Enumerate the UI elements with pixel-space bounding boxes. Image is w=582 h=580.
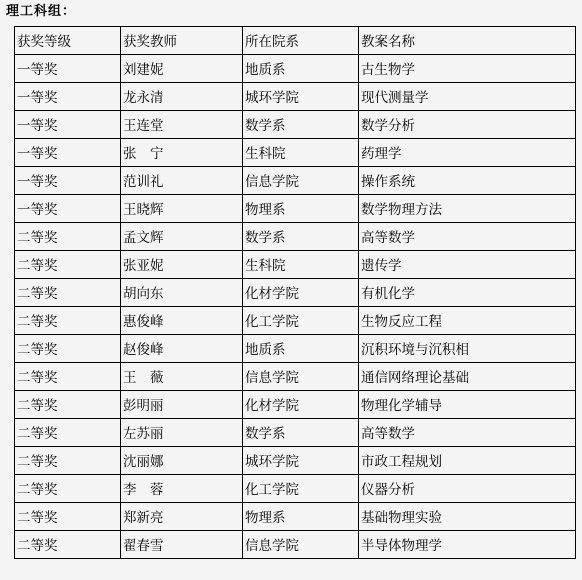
table-row: 二等奖孟文辉数学系高等数学 — [15, 223, 576, 251]
cell-level: 一等奖 — [15, 167, 121, 195]
cell-department: 生科院 — [243, 251, 359, 279]
cell-department: 信息学院 — [243, 167, 359, 195]
cell-lesson: 市政工程规划 — [359, 447, 576, 475]
cell-lesson: 半导体物理学 — [359, 531, 576, 559]
cell-teacher: 刘建妮 — [121, 55, 243, 83]
table-row: 二等奖王 薇信息学院通信网络理论基础 — [15, 363, 576, 391]
cell-teacher: 龙永清 — [121, 83, 243, 111]
cell-level: 一等奖 — [15, 139, 121, 167]
cell-department: 数学系 — [243, 111, 359, 139]
table-row: 一等奖刘建妮地质系古生物学 — [15, 55, 576, 83]
cell-level: 二等奖 — [15, 391, 121, 419]
cell-level: 二等奖 — [15, 251, 121, 279]
table-row: 二等奖张亚妮生科院遗传学 — [15, 251, 576, 279]
header-lesson-name: 教案名称 — [359, 27, 576, 55]
cell-teacher: 郑新亮 — [121, 503, 243, 531]
cell-department: 城环学院 — [243, 83, 359, 111]
cell-level: 二等奖 — [15, 475, 121, 503]
cell-level: 一等奖 — [15, 55, 121, 83]
table-header-row: 获奖等级 获奖教师 所在院系 教案名称 — [15, 27, 576, 55]
cell-level: 一等奖 — [15, 195, 121, 223]
cell-department: 地质系 — [243, 55, 359, 83]
cell-lesson: 基础物理实验 — [359, 503, 576, 531]
cell-teacher: 李 蓉 — [121, 475, 243, 503]
cell-department: 数学系 — [243, 419, 359, 447]
cell-level: 一等奖 — [15, 83, 121, 111]
cell-level: 二等奖 — [15, 279, 121, 307]
cell-teacher: 翟春雪 — [121, 531, 243, 559]
cell-lesson: 高等数学 — [359, 223, 576, 251]
page-title: 理工科组： — [0, 0, 582, 19]
cell-department: 信息学院 — [243, 363, 359, 391]
header-teacher: 获奖教师 — [121, 27, 243, 55]
table-row: 二等奖沈丽娜城环学院市政工程规划 — [15, 447, 576, 475]
cell-teacher: 赵俊峰 — [121, 335, 243, 363]
table-row: 二等奖赵俊峰地质系沉积环境与沉积相 — [15, 335, 576, 363]
cell-department: 化材学院 — [243, 391, 359, 419]
cell-teacher: 沈丽娜 — [121, 447, 243, 475]
cell-department: 城环学院 — [243, 447, 359, 475]
table-row: 一等奖范训礼信息学院操作系统 — [15, 167, 576, 195]
cell-teacher: 胡向东 — [121, 279, 243, 307]
table-row: 一等奖王晓辉物理系数学物理方法 — [15, 195, 576, 223]
cell-teacher: 王 薇 — [121, 363, 243, 391]
cell-department: 生科院 — [243, 139, 359, 167]
cell-department: 物理系 — [243, 195, 359, 223]
table-row: 二等奖彭明丽化材学院物理化学辅导 — [15, 391, 576, 419]
cell-lesson: 数学物理方法 — [359, 195, 576, 223]
table-row: 二等奖翟春雪信息学院半导体物理学 — [15, 531, 576, 559]
cell-department: 化工学院 — [243, 307, 359, 335]
table-row: 二等奖郑新亮物理系基础物理实验 — [15, 503, 576, 531]
cell-department: 信息学院 — [243, 531, 359, 559]
cell-teacher: 范训礼 — [121, 167, 243, 195]
cell-level: 二等奖 — [15, 307, 121, 335]
cell-teacher: 惠俊峰 — [121, 307, 243, 335]
table-row: 一等奖王连堂数学系数学分析 — [15, 111, 576, 139]
cell-lesson: 物理化学辅导 — [359, 391, 576, 419]
cell-level: 二等奖 — [15, 419, 121, 447]
cell-level: 二等奖 — [15, 531, 121, 559]
cell-level: 二等奖 — [15, 363, 121, 391]
awards-table: 获奖等级 获奖教师 所在院系 教案名称 一等奖刘建妮地质系古生物学一等奖龙永清城… — [14, 26, 576, 559]
cell-lesson: 古生物学 — [359, 55, 576, 83]
cell-department: 化材学院 — [243, 279, 359, 307]
cell-level: 一等奖 — [15, 111, 121, 139]
cell-teacher: 王连堂 — [121, 111, 243, 139]
cell-department: 数学系 — [243, 223, 359, 251]
table-row: 二等奖左苏丽数学系高等数学 — [15, 419, 576, 447]
cell-teacher: 孟文辉 — [121, 223, 243, 251]
cell-lesson: 高等数学 — [359, 419, 576, 447]
header-department: 所在院系 — [243, 27, 359, 55]
cell-lesson: 生物反应工程 — [359, 307, 576, 335]
cell-lesson: 通信网络理论基础 — [359, 363, 576, 391]
cell-lesson: 有机化学 — [359, 279, 576, 307]
cell-level: 二等奖 — [15, 447, 121, 475]
cell-teacher: 张亚妮 — [121, 251, 243, 279]
cell-lesson: 遗传学 — [359, 251, 576, 279]
header-award-level: 获奖等级 — [15, 27, 121, 55]
cell-teacher: 王晓辉 — [121, 195, 243, 223]
cell-level: 二等奖 — [15, 223, 121, 251]
cell-lesson: 操作系统 — [359, 167, 576, 195]
cell-level: 二等奖 — [15, 503, 121, 531]
table-body: 一等奖刘建妮地质系古生物学一等奖龙永清城环学院现代测量学一等奖王连堂数学系数学分… — [15, 55, 576, 559]
cell-department: 物理系 — [243, 503, 359, 531]
cell-teacher: 张 宁 — [121, 139, 243, 167]
cell-lesson: 沉积环境与沉积相 — [359, 335, 576, 363]
table-row: 二等奖胡向东化材学院有机化学 — [15, 279, 576, 307]
cell-lesson: 现代测量学 — [359, 83, 576, 111]
cell-teacher: 彭明丽 — [121, 391, 243, 419]
table-row: 二等奖李 蓉化工学院仪器分析 — [15, 475, 576, 503]
cell-lesson: 仪器分析 — [359, 475, 576, 503]
cell-department: 地质系 — [243, 335, 359, 363]
cell-teacher: 左苏丽 — [121, 419, 243, 447]
cell-lesson: 数学分析 — [359, 111, 576, 139]
table-row: 一等奖张 宁生科院药理学 — [15, 139, 576, 167]
cell-level: 二等奖 — [15, 335, 121, 363]
table-row: 一等奖龙永清城环学院现代测量学 — [15, 83, 576, 111]
table-row: 二等奖惠俊峰化工学院生物反应工程 — [15, 307, 576, 335]
cell-lesson: 药理学 — [359, 139, 576, 167]
cell-department: 化工学院 — [243, 475, 359, 503]
